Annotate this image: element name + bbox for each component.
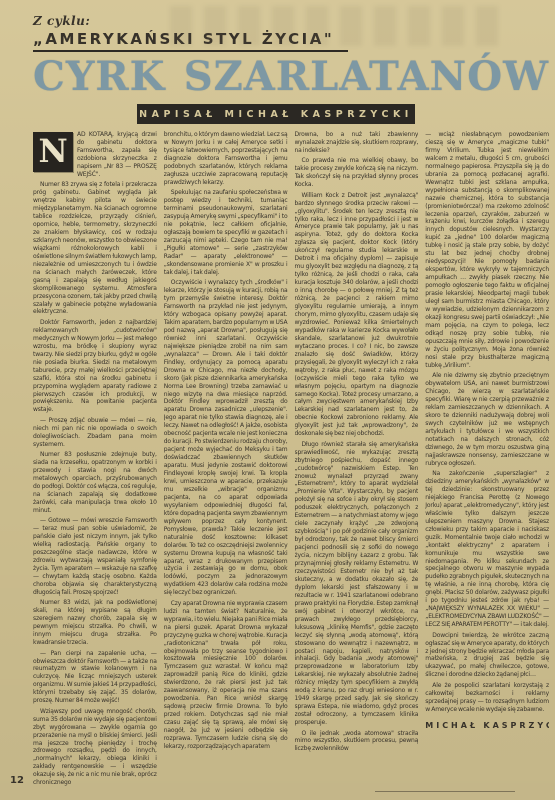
paragraph: — wciąż niesłabnącym powodzeniem cieszą … <box>425 131 549 370</box>
column-1: N AD KOTARĄ, kryjącą drzwi do gabinetu d… <box>33 131 157 800</box>
column-2: bronchitu, o którym dawno wiedział. Lecz… <box>164 131 288 800</box>
paragraph: bronchitu, o którym dawno wiedział. Lecz… <box>164 131 288 187</box>
column-3: Drowna, bo a nuż taki zbawienny wynalaze… <box>295 131 419 800</box>
byline-bar: NAPISAŁ MICHAŁ KASPRZYCKI <box>137 104 415 124</box>
page-title: CYRKSZARLATANÓW <box>33 57 549 97</box>
paragraph: Numer 83 widzi, jak na podświetlonej ska… <box>33 599 157 647</box>
paragraph: — Pan cierpi na zapalenie ucha, — obwies… <box>33 650 157 706</box>
article-body: N AD KOTARĄ, kryjącą drzwi do gabinetu d… <box>33 131 549 800</box>
paragraph: Dowcipni twierdzą, że wkrótce zaczną ogł… <box>425 632 549 680</box>
paragraph: Spekulując na zaufaniu społeczeństwa w p… <box>164 189 288 276</box>
paragraph: Na zakończenie „superszlagier" z dziedzi… <box>425 470 549 629</box>
paragraph: Oczywiście i wynalazcy tych „środków" i … <box>164 279 288 597</box>
paragraph: Wziąwszy pod uwagę mnogość chorób, suma … <box>33 708 157 788</box>
page-title-word2: SZARLATANÓW <box>184 57 549 97</box>
paragraph: Ale nie dziwmy się zbytnio przeciętnym o… <box>425 372 549 467</box>
paragraph: Numer 83 posłusznie zdejmuje buty, siada… <box>33 451 157 515</box>
paragraph: — Gotowe — mówi wreszcie Farnsworth — te… <box>33 517 157 597</box>
paragraph: Długo również starała się amerykańska sp… <box>295 441 419 727</box>
drop-cap: N <box>33 132 73 172</box>
paragraph: Co prawda nie ma wielkiej obawy, bo taki… <box>295 157 419 189</box>
paragraph: Czy aparat Drowna nie wyprawia czasem lu… <box>164 600 288 751</box>
column-4: — wciąż niesłabnącym powodzeniem cieszą … <box>425 131 549 800</box>
paragraph: Numer 83 zrywa się z fotela i przekracza… <box>33 181 157 316</box>
page-number: 12 <box>10 775 24 786</box>
magazine-page: Z cyklu: „AMERYKAŃSKI STYL ŻYCIA" CYRKSZ… <box>0 0 555 800</box>
paragraph: William Kock z Detroit jest „wynalazcą" … <box>295 192 419 439</box>
paragraph: Drowna, bo a nuż taki zbawienny wynalaze… <box>295 131 419 155</box>
paragraph: Ale że pospolici szarlatani korzystają z… <box>425 682 549 714</box>
paragraph: — Proszę zdjąć obuwie — mówi — nie, niec… <box>33 417 157 449</box>
paragraph: Doktór Farnsworth, jeden z najbardziej r… <box>33 319 157 414</box>
paragraph: O ile jednak „woda atomowa" straciła mim… <box>295 730 419 754</box>
author-signature: MICHAŁ KASPRZYCKI <box>425 722 549 730</box>
print-show-through <box>170 6 500 46</box>
page-title-word1: CYRK <box>33 57 165 97</box>
bottom-rule <box>375 791 515 792</box>
